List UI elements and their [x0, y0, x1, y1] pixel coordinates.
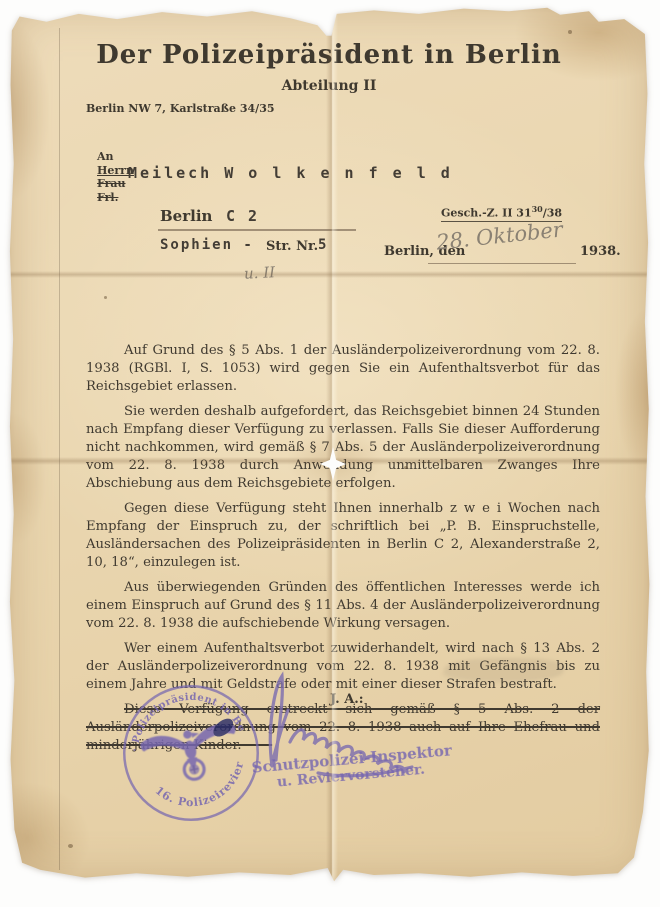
- svg-text:16. Polizeirevier: 16. Polizeirevier: [149, 758, 253, 817]
- paragraph-3: Gegen diese Verfügung steht Ihnen innerh…: [86, 500, 600, 572]
- reference-label: Gesch.-Z. II 31: [441, 207, 532, 220]
- street-label: Str. Nr.: [266, 239, 318, 254]
- faint-pencil-smudge: [440, 658, 568, 682]
- recipient-an: An: [97, 150, 134, 164]
- recipient-city-printed: Berlin: [160, 207, 212, 225]
- left-margin-fold: [59, 28, 60, 870]
- paragraph-4: Aus überwiegenden Gründen des öffentlich…: [86, 579, 600, 633]
- letterhead-address: Berlin NW 7, Karlstraße 34/35: [86, 102, 275, 115]
- paper-wrap: Der Polizeipräsident in Berlin Abteilung…: [8, 6, 650, 882]
- salutation-frl: Frl.: [97, 191, 134, 205]
- paper-speck: [68, 844, 73, 848]
- recipient-name: Meilech W o l k e n f e l d: [128, 164, 453, 182]
- paragraph-1: Auf Grund des § 5 Abs. 1 der Ausländerpo…: [86, 342, 600, 396]
- date-underline: [428, 263, 576, 264]
- center-vertical-crease: [326, 6, 338, 882]
- dateline-year: 1938.: [580, 244, 621, 259]
- paragraph-2: Sie werden deshalb aufgefordert, das Rei…: [86, 403, 600, 493]
- street-typed: Sophien -: [160, 237, 254, 253]
- upper-horizontal-crease: [8, 271, 650, 278]
- dateline-handwritten-date: 28. Oktober: [435, 217, 564, 254]
- paper-speck: [568, 30, 572, 34]
- recipient-city-typed: C 2: [226, 207, 259, 225]
- round-police-stamp: · Polizeipräsident in Berlin · 16. Poliz…: [105, 667, 276, 838]
- scanned-document: Der Polizeipräsident in Berlin Abteilung…: [0, 0, 660, 907]
- reference-sup: 30: [532, 204, 543, 214]
- letter-paper: Der Polizeipräsident in Berlin Abteilung…: [8, 6, 650, 882]
- paper-speck: [404, 466, 408, 469]
- stamp-arc-bottom-text: 16. Polizeirevier: [149, 758, 253, 817]
- paper-speck: [104, 296, 107, 299]
